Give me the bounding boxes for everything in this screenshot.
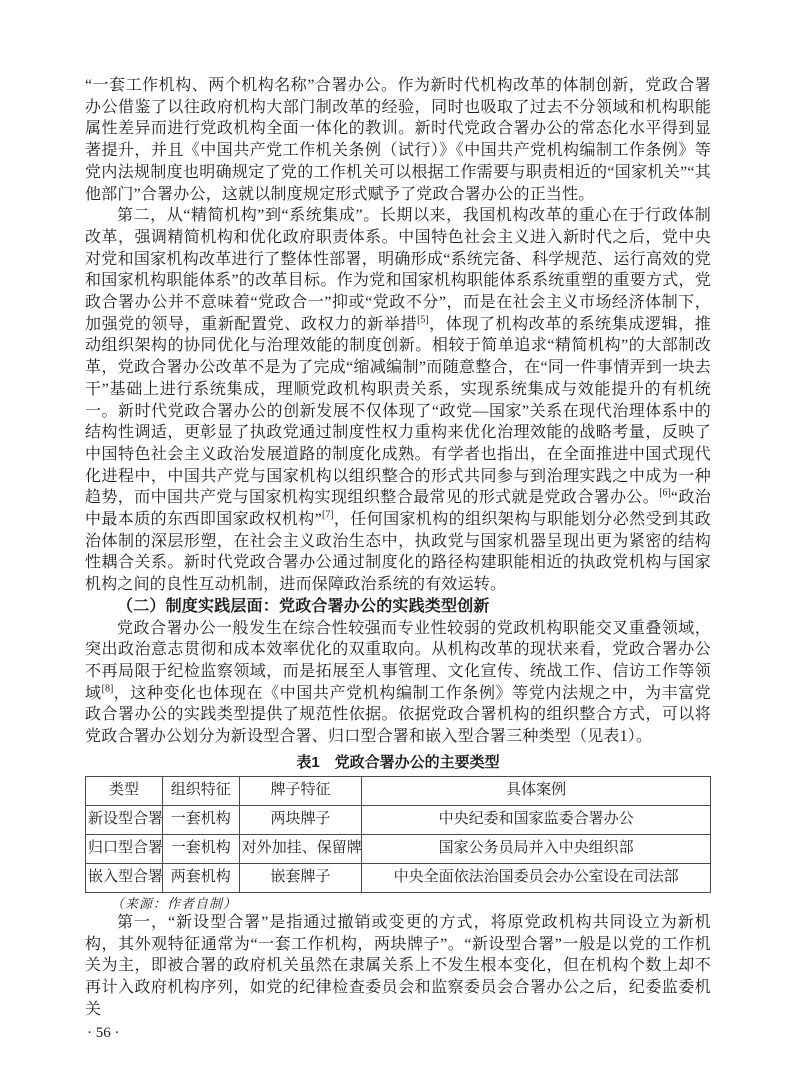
table-cell: 中央全面依法治国委员会办公室设在司法部 — [362, 863, 711, 892]
table-cell: 嵌入型合署 — [86, 863, 163, 892]
page-number: · 56 · — [87, 1023, 711, 1043]
table-row: 新设型合署一套机构两块牌子中央纪委和国家监委合署办公 — [86, 805, 711, 834]
table-cell: 对外加挂、保留牌子 — [239, 834, 362, 863]
table-cell: 两块牌子 — [239, 805, 362, 834]
table-cell: 一套机构 — [162, 834, 239, 863]
table-header-cell: 组织特征 — [162, 776, 239, 805]
bottom-paragraphs: 第一，“新设型合署”是指通过撤销或变更的方式，将原党政机构共同设立为新机构，其外… — [85, 912, 711, 1021]
paragraph: “一套工作机构、两个机构名称”合署办公。作为新时代机构改革的体制创新，党政合署办… — [85, 75, 711, 205]
table-cell: 中央纪委和国家监委合署办公 — [362, 805, 711, 834]
table-body: 新设型合署一套机构两块牌子中央纪委和国家监委合署办公归口型合署一套机构对外加挂、… — [86, 805, 711, 892]
table-cell: 两套机构 — [162, 863, 239, 892]
paragraph: 党政合署办公一般发生在综合性较强而专业性较弱的党政机构职能交叉重叠领域，突出政治… — [85, 618, 711, 748]
table-head: 类型组织特征牌子特征具体案例 — [86, 776, 711, 805]
table-cell: 归口型合署 — [86, 834, 163, 863]
footnote-ref: [8] — [102, 683, 114, 694]
paper-page: “一套工作机构、两个机构名称”合署办公。作为新时代机构改革的体制创新，党政合署办… — [0, 0, 793, 1077]
table-cell: 新设型合署 — [86, 805, 163, 834]
footnote-ref: [7] — [322, 510, 334, 521]
table-cell: 国家公务员局并入中央组织部 — [362, 834, 711, 863]
table-header-cell: 类型 — [86, 776, 163, 805]
table-cell: 一套机构 — [162, 805, 239, 834]
section-heading: （二）制度实践层面：党政合署办公的实践类型创新 — [85, 596, 711, 618]
footnote-ref: [5] — [417, 314, 429, 325]
table-header-cell: 牌子特征 — [239, 776, 362, 805]
table-header-cell: 具体案例 — [362, 776, 711, 805]
table-source-note: （来源：作者自制） — [85, 896, 711, 912]
table-cell: 嵌套牌子 — [239, 863, 362, 892]
table-row: 嵌入型合署两套机构嵌套牌子中央全面依法治国委员会办公室设在司法部 — [86, 863, 711, 892]
table-caption: 表1 党政合署办公的主要类型 — [85, 753, 711, 773]
paragraph: 第二，从“精简机构”到“系统集成”。长期以来，我国机构改革的重心在于行政体制改革… — [85, 205, 711, 596]
cosigned-office-types-table: 类型组织特征牌子特征具体案例 新设型合署一套机构两块牌子中央纪委和国家监委合署办… — [85, 776, 711, 893]
paragraph: 第一，“新设型合署”是指通过撤销或变更的方式，将原党政机构共同设立为新机构，其外… — [85, 912, 711, 1021]
table-row: 归口型合署一套机构对外加挂、保留牌子国家公务员局并入中央组织部 — [86, 834, 711, 863]
table-header-row: 类型组织特征牌子特征具体案例 — [86, 776, 711, 805]
footnote-ref: [6] — [659, 488, 671, 499]
article-body: “一套工作机构、两个机构名称”合署办公。作为新时代机构改革的体制创新，党政合署办… — [85, 75, 711, 1043]
body-paragraphs: “一套工作机构、两个机构名称”合署办公。作为新时代机构改革的体制创新，党政合署办… — [85, 75, 711, 748]
